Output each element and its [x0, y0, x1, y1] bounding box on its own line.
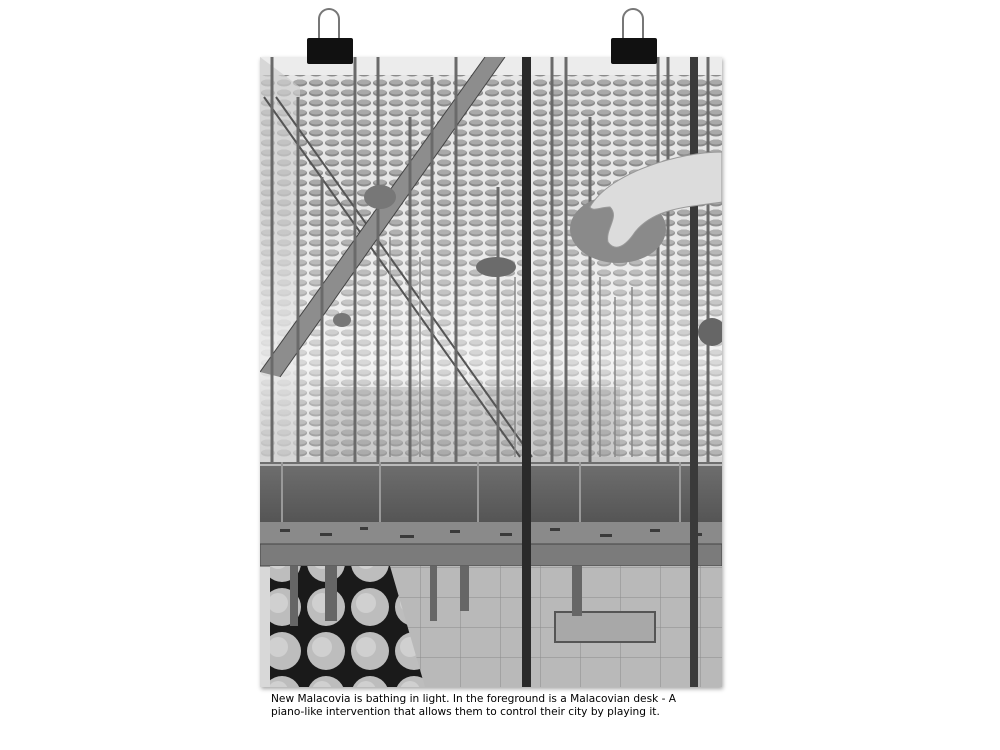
caption-line-1: New Malacovia is bathing in light. In th…: [271, 693, 731, 706]
poster-artwork: [260, 57, 722, 687]
image-caption: New Malacovia is bathing in light. In th…: [271, 693, 731, 719]
binder-clip-left: [307, 8, 353, 64]
clip-body: [307, 38, 353, 64]
caption-line-2: piano-like intervention that allows them…: [271, 706, 731, 719]
binder-clip-right: [611, 8, 657, 64]
collage-illustration: [260, 57, 722, 687]
clip-body: [611, 38, 657, 64]
